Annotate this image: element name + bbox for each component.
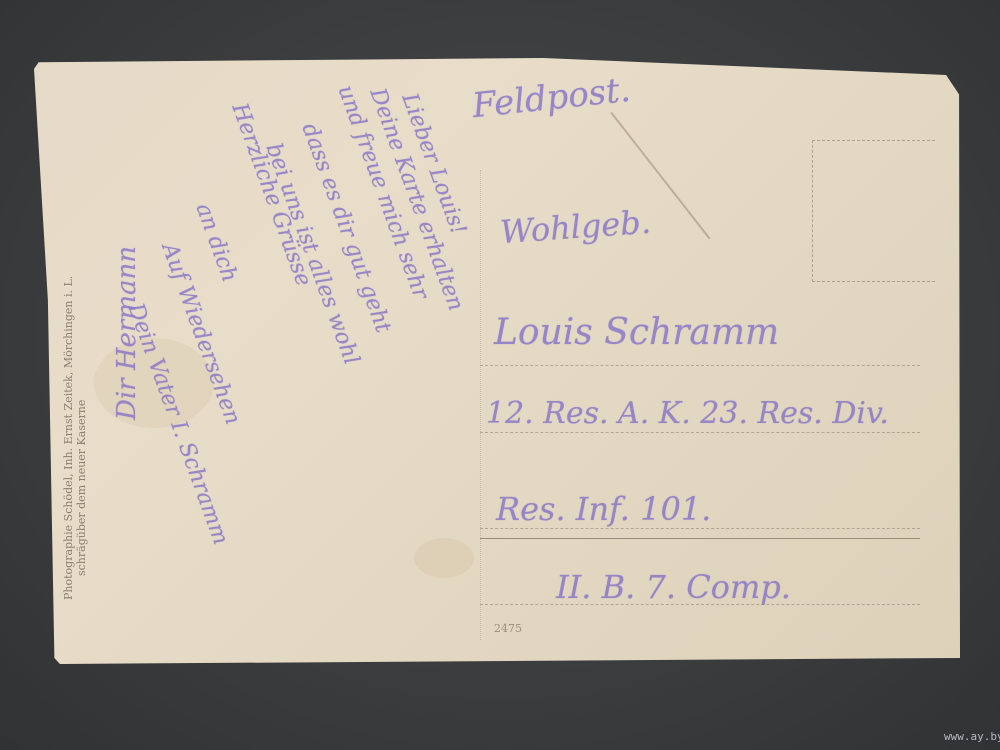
address-line-3: II. B. 7. Comp. bbox=[556, 568, 791, 606]
stain bbox=[414, 538, 474, 578]
address-line bbox=[480, 432, 920, 433]
card-number: 2475 bbox=[494, 622, 522, 635]
address-line bbox=[480, 538, 920, 539]
credit-line-1: Photographie Schödel, Inh. Ernst Zeitek,… bbox=[62, 276, 75, 600]
signature: Dir Hermann bbox=[112, 246, 142, 420]
address-line bbox=[480, 365, 920, 366]
credit-line-2: schrägüber dem neuer Kaserne bbox=[75, 276, 88, 600]
address-line bbox=[480, 528, 920, 529]
watermark: www.ay.by bbox=[944, 730, 1000, 743]
stamp-box bbox=[812, 140, 935, 282]
photographer-credit: Photographie Schödel, Inh. Ernst Zeitek,… bbox=[62, 276, 88, 600]
address-line-2: Res. Inf. 101. bbox=[496, 490, 711, 528]
card-divider bbox=[480, 170, 482, 640]
recipient-name: Louis Schramm bbox=[494, 312, 779, 353]
address-line-1: 12. Res. A. K. 23. Res. Div. bbox=[486, 396, 889, 431]
